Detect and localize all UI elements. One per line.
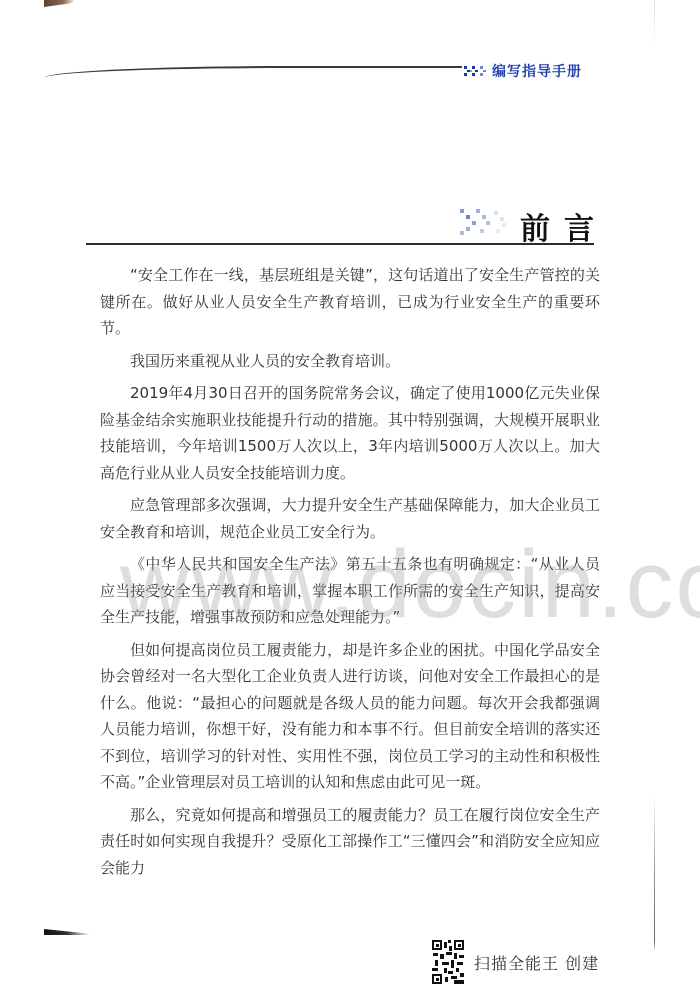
header-title: 编写指导手册 <box>492 61 582 81</box>
running-header: 编写指导手册 <box>464 61 582 81</box>
scanner-label: 扫描全能王 创建 <box>474 951 599 974</box>
section-rule <box>86 243 594 245</box>
scanner-badge: 扫描全能王 创建 <box>432 940 599 984</box>
paragraph: “安全工作在一线，基层班组是关键”，这句话道出了安全生产管控的关键所在。做好从业… <box>100 262 600 342</box>
paragraph: 我国历来重视从业人员的安全教育培训。 <box>100 348 600 375</box>
qr-code-icon <box>432 940 464 984</box>
dotted-chevron-icon <box>458 205 518 233</box>
footer-mark <box>44 929 90 935</box>
paragraph: 2019年4月30日召开的国务院常务会议，确定了使用1000亿元失业保险基金结余… <box>100 380 600 486</box>
paragraph: 那么，究竟如何提高和增强员工的履责能力？员工在履行岗位安全生产责任时如何实现自我… <box>100 802 600 882</box>
page-edge <box>654 0 655 991</box>
paragraph: 《中华人民共和国安全生产法》第五十五条也有明确规定：“从业人员应当接受安全生产教… <box>100 551 600 631</box>
page-corner-shadow <box>44 0 76 7</box>
paragraph: 应急管理部多次强调，大力提升安全生产基础保障能力，加大企业员工安全教育和培训，规… <box>100 492 600 545</box>
triple-chevron-icon <box>464 65 488 77</box>
header-rule <box>44 66 462 78</box>
preface-body: “安全工作在一线，基层班组是关键”，这句话道出了安全生产管控的关键所在。做好从业… <box>100 262 600 887</box>
section-title: 前言 <box>520 204 608 248</box>
paragraph: 但如何提高岗位员工履责能力，却是许多企业的困扰。中国化学品安全协会曾经对一名大型… <box>100 637 600 796</box>
